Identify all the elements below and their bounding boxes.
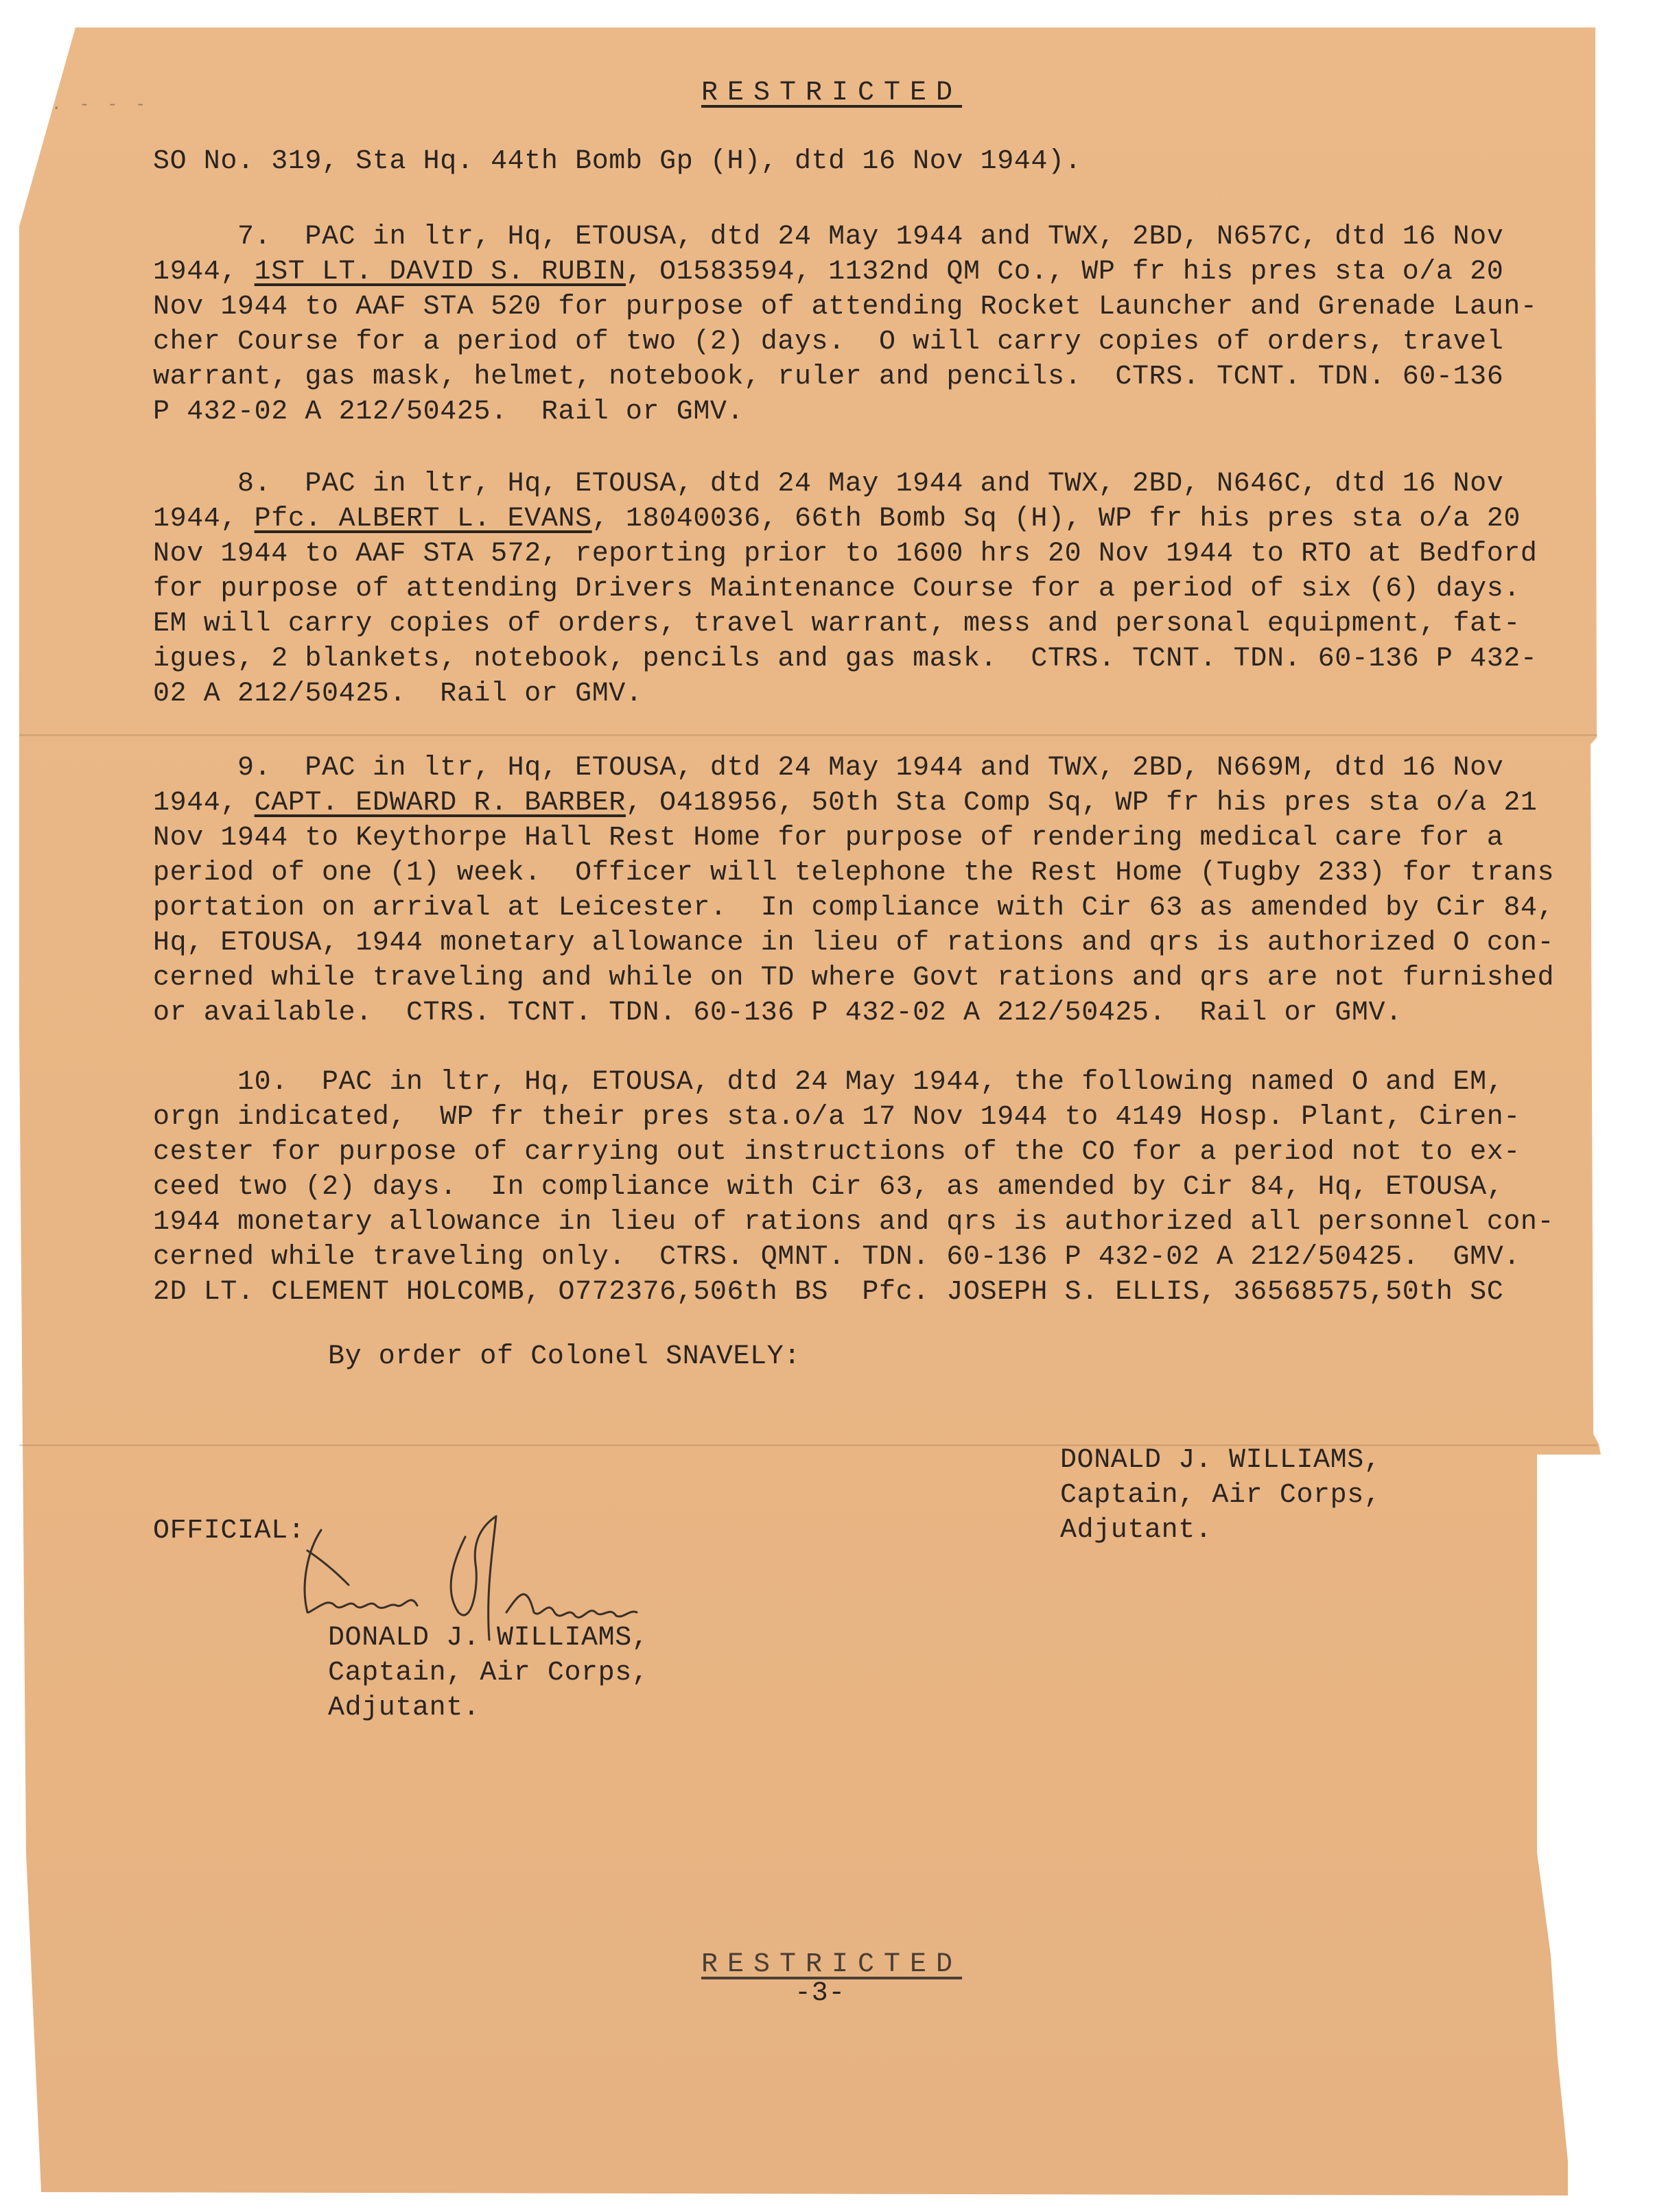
paragraph-line: Nov 1944 to AAF STA 572, reporting prior… (153, 537, 1538, 572)
named-person: Pfc. ALBERT L. EVANS (255, 504, 592, 534)
signer-left-title: Adjutant. (328, 1691, 480, 1726)
paragraph-line: orgn indicated, WP fr their pres sta.o/a… (153, 1100, 1521, 1135)
named-person: CAPT. EDWARD R. BARBER (255, 788, 626, 819)
paragraph-line: warrant, gas mask, helmet, notebook, rul… (153, 360, 1503, 395)
paragraph-line: 1944, 1ST LT. DAVID S. RUBIN, O1583594, … (153, 255, 1503, 290)
paragraph-line: cher Course for a period of two (2) days… (153, 325, 1503, 360)
paragraph-line: 1944, CAPT. EDWARD R. BARBER, O418956, 5… (153, 786, 1538, 821)
paragraph-line: cerned while traveling and while on TD w… (153, 961, 1554, 996)
paragraph-line: ceed two (2) days. In compliance with Ci… (153, 1170, 1503, 1205)
paragraph-line: EM will carry copies of orders, travel w… (153, 607, 1521, 642)
signer-right-rank: Captain, Air Corps, (1060, 1478, 1381, 1513)
paragraph-line: 9. PAC in ltr, Hq, ETOUSA, dtd 24 May 19… (153, 751, 1503, 786)
paragraph-line: 2D LT. CLEMENT HOLCOMB, O772376,506th BS… (153, 1275, 1503, 1310)
paragraph-line: cester for purpose of carrying out instr… (153, 1135, 1521, 1170)
by-order-line: By order of Colonel SNAVELY: (328, 1339, 801, 1374)
paragraph-line: 1944 monetary allowance in lieu of ratio… (153, 1205, 1554, 1240)
header-line: SO No. 319, Sta Hq. 44th Bomb Gp (H), dt… (153, 144, 1081, 179)
paragraph-line: Nov 1944 to Keythorpe Hall Rest Home for… (153, 821, 1503, 856)
paragraph-line: for purpose of attending Drivers Mainten… (153, 572, 1521, 607)
paragraph-line: 02 A 212/50425. Rail or GMV. (153, 676, 643, 711)
paragraph-line: or available. CTRS. TCNT. TDN. 60-136 P … (153, 996, 1403, 1031)
named-person: 1ST LT. DAVID S. RUBIN (255, 257, 626, 287)
official-label: OFFICIAL: (153, 1514, 305, 1549)
paragraph-line: cerned while traveling only. CTRS. QMNT.… (153, 1240, 1521, 1275)
paragraph-line: Hq, ETOUSA, 1944 monetary allowance in l… (153, 926, 1554, 961)
document-body: . - - - RESTRICTED SO No. 319, Sta Hq. 4… (0, 0, 1677, 2212)
paragraph-line: P 432-02 A 212/50425. Rail or GMV. (153, 395, 744, 430)
signer-right-name: DONALD J. WILLIAMS, (1060, 1443, 1381, 1478)
paragraph-line: portation on arrival at Leicester. In co… (153, 891, 1554, 926)
classification-top: RESTRICTED (701, 75, 962, 110)
paragraph-line: 8. PAC in ltr, Hq, ETOUSA, dtd 24 May 19… (153, 467, 1503, 502)
signer-left-name: DONALD J. WILLIAMS, (328, 1621, 648, 1656)
edge-mark: . - - - (51, 88, 150, 123)
paragraph-line: period of one (1) week. Officer will tel… (153, 856, 1554, 891)
page-number: -3- (795, 1976, 845, 2011)
paragraph-line: 1944, Pfc. ALBERT L. EVANS, 18040036, 66… (153, 502, 1521, 537)
signer-right-title: Adjutant. (1060, 1513, 1212, 1548)
paragraph-line: igues, 2 blankets, notebook, pencils and… (153, 642, 1538, 676)
paragraph-line: 7. PAC in ltr, Hq, ETOUSA, dtd 24 May 19… (153, 220, 1503, 255)
signer-left-rank: Captain, Air Corps, (328, 1656, 648, 1691)
paragraph-line: Nov 1944 to AAF STA 520 for purpose of a… (153, 290, 1538, 325)
paragraph-line: 10. PAC in ltr, Hq, ETOUSA, dtd 24 May 1… (153, 1065, 1503, 1100)
